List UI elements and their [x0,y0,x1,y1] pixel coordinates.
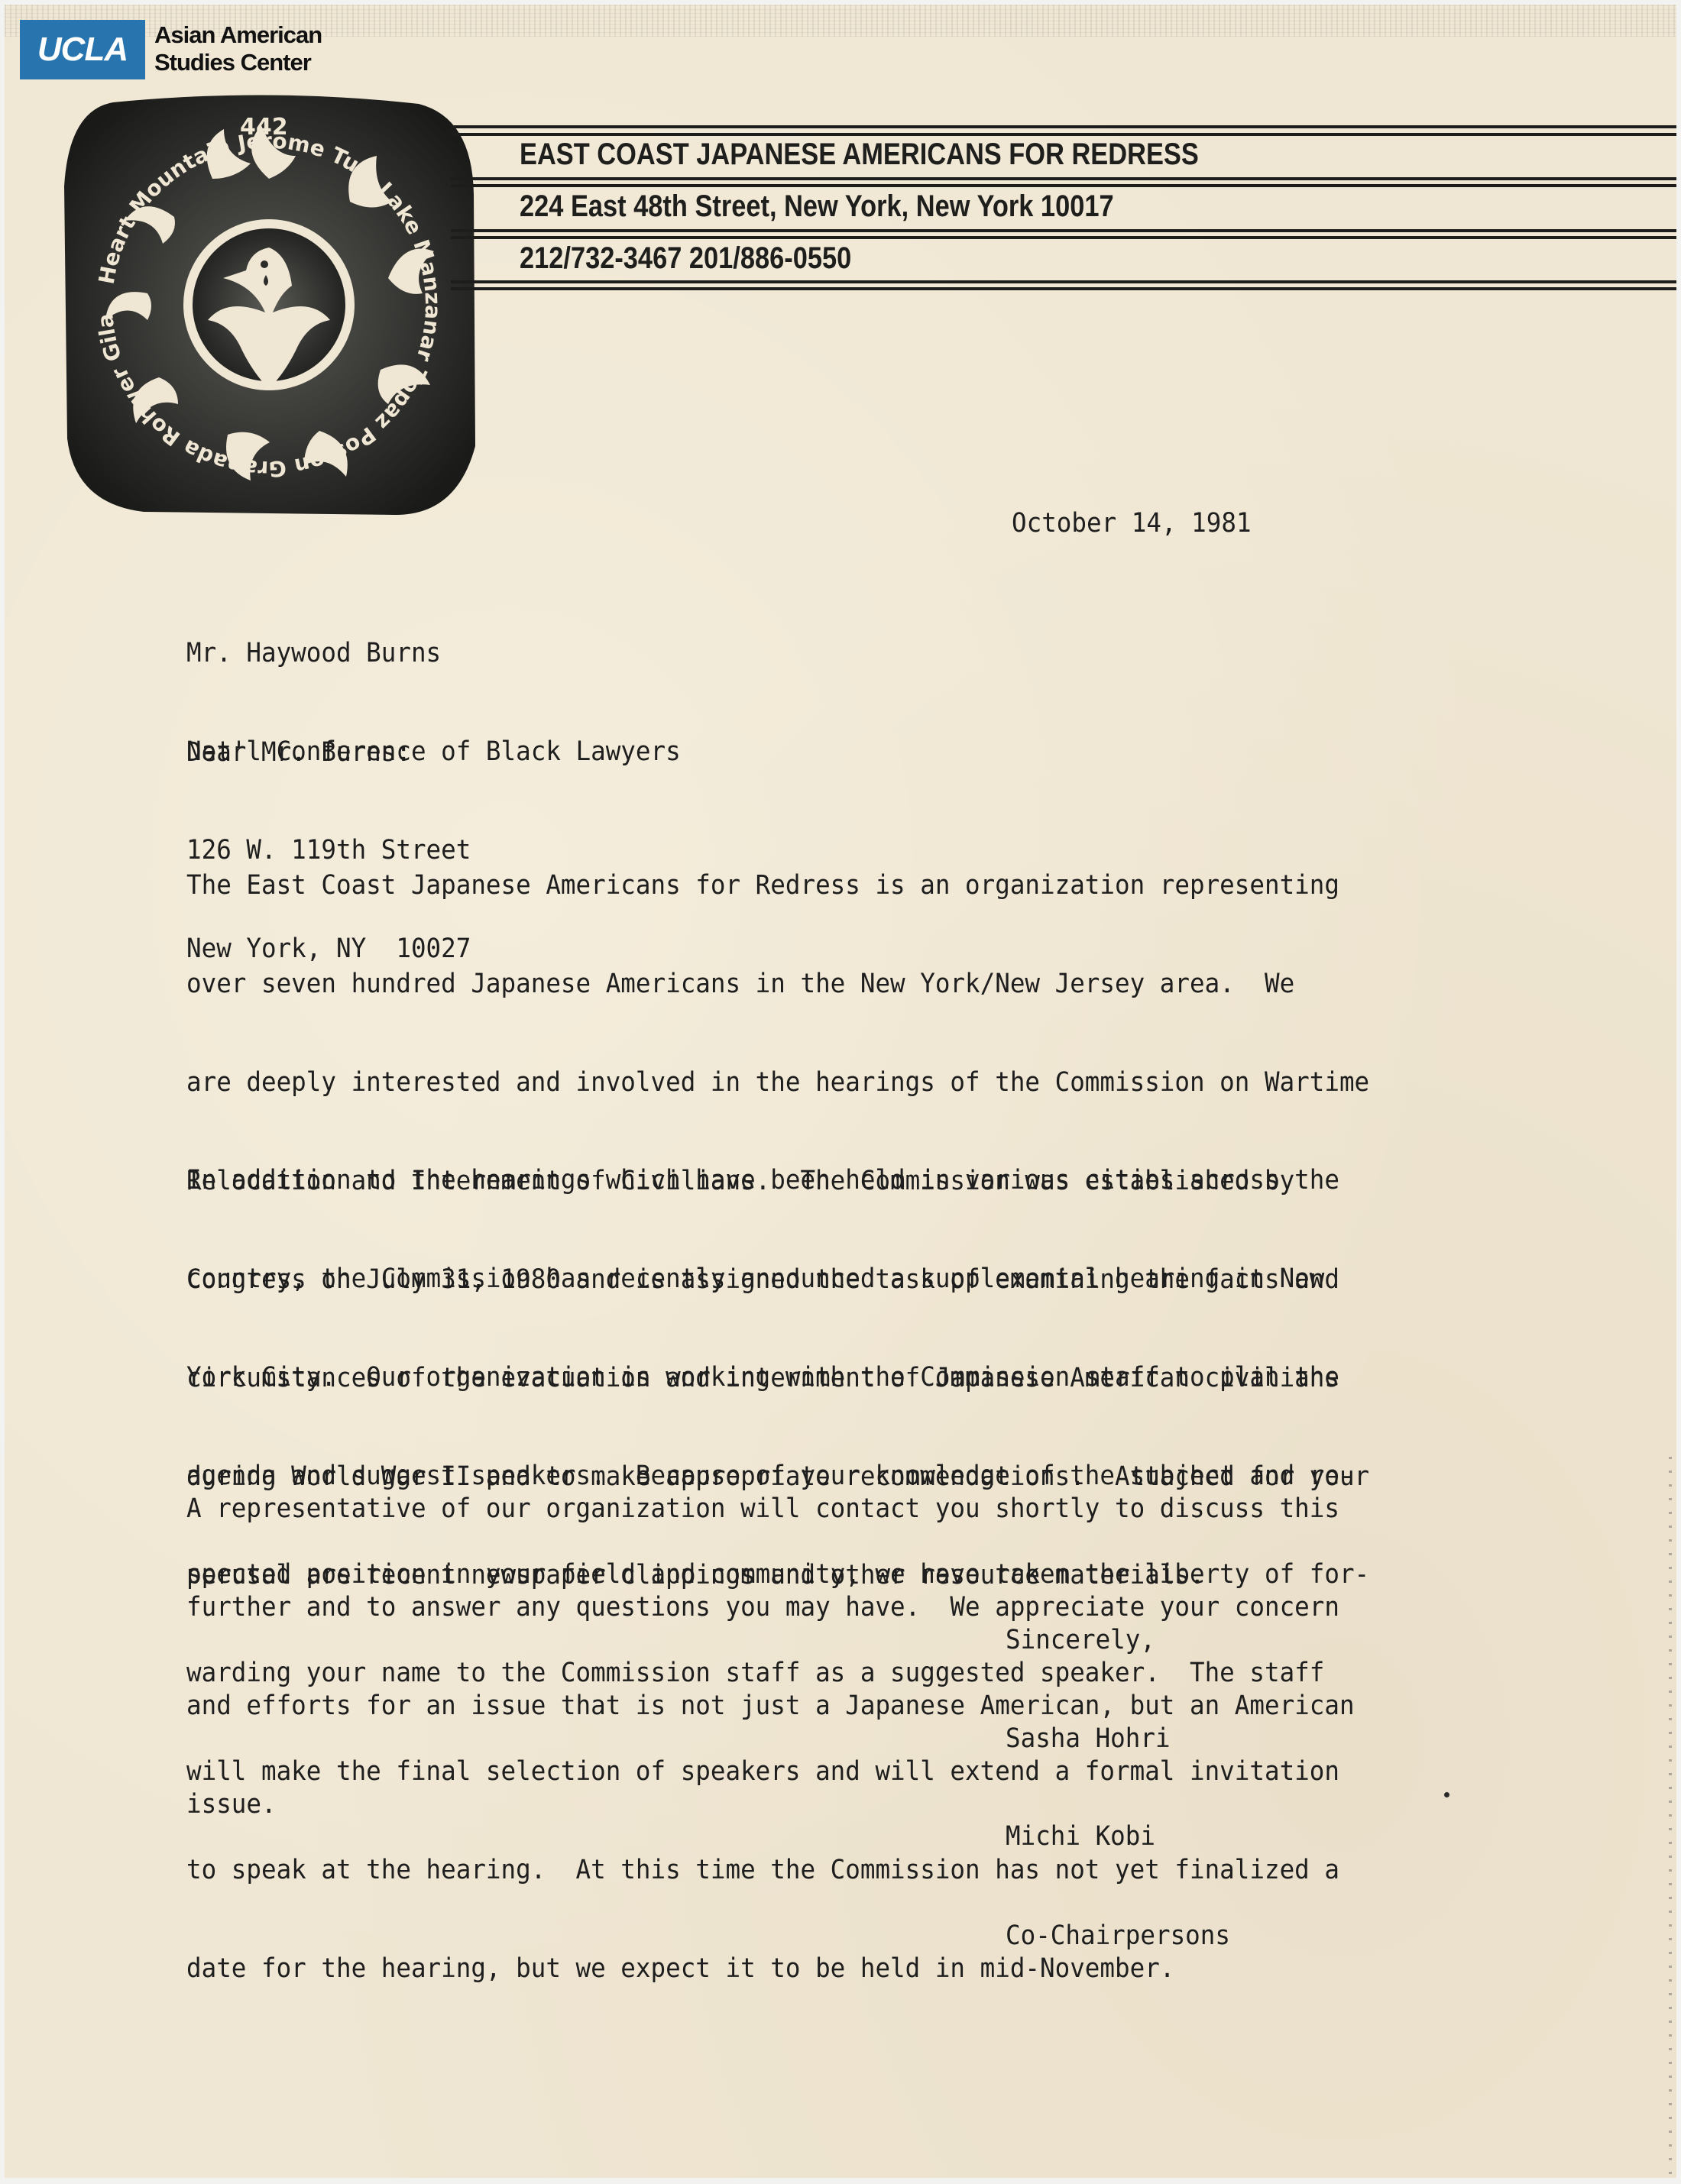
letterhead-rule [451,280,1676,283]
letter-page: UCLA Asian American Studies Center [5,5,1676,2178]
recipient-line: Mr. Haywood Burns [186,637,681,670]
text-line: country, the Commission has recently ann… [186,1263,1369,1296]
letterhead-rule [451,125,1676,128]
text-line: date for the hearing, but we expect it t… [186,1953,1369,1985]
text-line: over seven hundred Japanese Americans in… [186,968,1369,1001]
text-line: The East Coast Japanese Americans for Re… [186,869,1369,902]
letterhead-rule [451,184,1676,187]
paragraph-3: A representative of our organization wil… [186,1427,1355,1887]
letterhead-rule [451,177,1676,180]
archive-center-name: Asian American Studies Center [154,21,322,76]
text-line: and efforts for an issue that is not jus… [186,1690,1355,1723]
signatory-title: Co-Chairpersons [1006,1920,1230,1953]
closing: Sincerely, [1006,1624,1155,1657]
redress-emblem-icon: Heart Mountain Jerome Tule Lake Manzanar… [60,87,478,523]
organization-address: 224 East 48th Street, New York, New York… [520,189,1114,224]
organization-name: EAST COAST JAPANESE AMERICANS FOR REDRES… [520,138,1199,172]
ucla-logo: UCLA [20,20,145,79]
text-line: York City. Our organization is working w… [186,1361,1369,1394]
ink-speck [1444,1792,1449,1797]
organization-phones: 212/732-3467 201/886-0550 [520,241,851,276]
letterhead-rule [451,236,1676,239]
text-line: A representative of our organization wil… [186,1493,1355,1526]
letterhead-rule [451,133,1676,136]
svg-text:442: 442 [240,114,288,141]
text-line: further and to answer any questions you … [186,1591,1355,1624]
text-line: In addition to the hearings which have b… [186,1164,1369,1197]
signatory-name: Sasha Hohri [1006,1723,1171,1755]
letterhead-rule [451,287,1676,290]
letterhead-rule [451,229,1676,232]
text-line: are deeply interested and involved in th… [186,1066,1369,1099]
letter-date: October 14, 1981 [1012,507,1252,540]
salutation: Dear Mr. Burns: [186,736,411,769]
scan-edge-texture [1669,1456,1672,2174]
text-line: issue. [186,1788,1355,1821]
signatory-name: Michi Kobi [1006,1820,1155,1853]
center-name-line: Asian American [154,21,322,49]
center-name-line: Studies Center [154,49,322,76]
